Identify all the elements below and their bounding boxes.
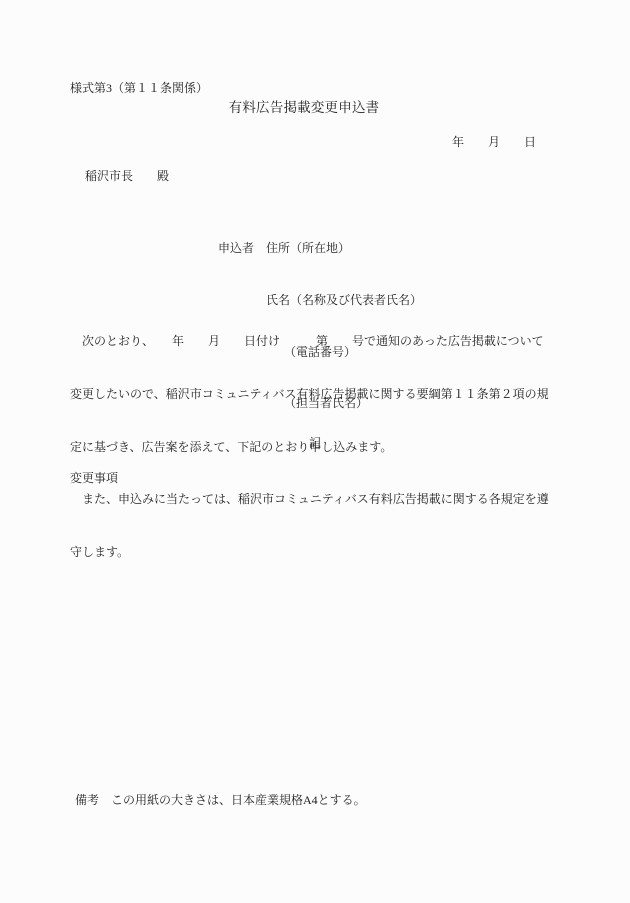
change-items-label: 変更事項	[70, 470, 118, 486]
note-line: 備考 この用紙の大きさは、日本産業規格A4とする。	[75, 792, 366, 808]
addressee: 稲沢市長 殿	[85, 168, 169, 184]
body-line: 変更したいので、稲沢市コミュニティバス有料広告掲載に関する要綱第１１条第２項の規	[70, 384, 549, 405]
body-line: 次のとおり、 年 月 日付け 第 号で通知のあった広告掲載について	[70, 331, 549, 352]
form-number: 様式第3（第１１条関係）	[70, 80, 208, 96]
document-page: 様式第3（第１１条関係） 有料広告掲載変更申込書 年 月 日 稲沢市長 殿 申込…	[0, 0, 630, 903]
ki-marker: 記	[0, 435, 630, 451]
body-line: 守します。	[70, 542, 549, 563]
applicant-address-line: 申込者 住所（所在地）	[218, 239, 422, 259]
date-line: 年 月 日	[452, 134, 536, 150]
document-title: 有料広告掲載変更申込書	[0, 100, 619, 116]
body-line: また、申込みに当たっては、稲沢市コミュニティバス有料広告掲載に関する各規定を遵	[70, 489, 549, 510]
